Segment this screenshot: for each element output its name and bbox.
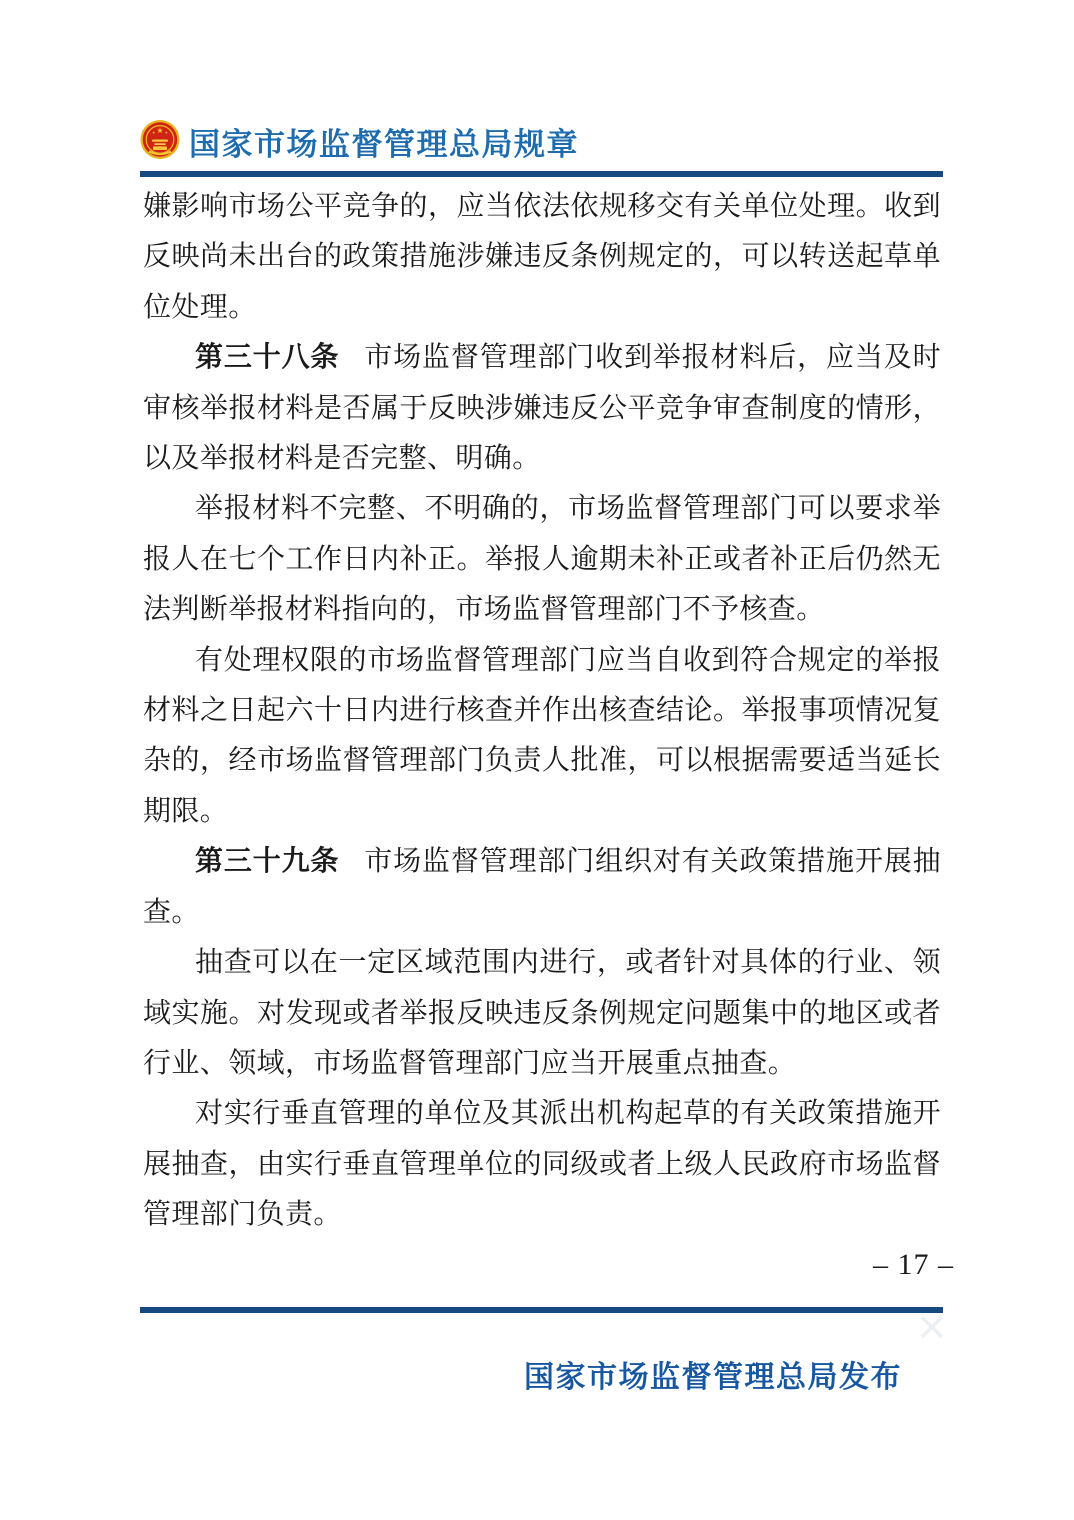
article-body: 嫌影响市场公平竞争的，应当依法依规移交有关单位处理。收到反映尚未出台的政策措施涉… xyxy=(143,182,941,1241)
body-paragraph: 嫌影响市场公平竞争的，应当依法依规移交有关单位处理。收到反映尚未出台的政策措施涉… xyxy=(143,182,941,333)
document-page: 国家市场监督管理总局规章 嫌影响市场公平竞争的，应当依法依规移交有关单位处理。收… xyxy=(0,0,1074,1520)
article-number: 第三十九条 xyxy=(195,846,339,877)
paragraph-text: 抽查可以在一定区域范围内进行，或者针对具体的行业、领域实施。对发现或者举报反映违… xyxy=(143,947,941,1079)
paragraph-text: 举报材料不完整、不明确的，市场监督管理部门可以要求举报人在七个工作日内补正。举报… xyxy=(143,493,941,625)
national-emblem-icon xyxy=(140,118,180,164)
page-title: 国家市场监督管理总局规章 xyxy=(189,119,579,164)
paragraph-text: 有处理权限的市场监督管理部门应当自收到符合规定的举报材料之日起六十日内进行核查并… xyxy=(143,645,941,827)
article-number: 第三十八条 xyxy=(195,342,339,373)
body-paragraph: 第三十九条市场监督管理部门组织对有关政策措施开展抽查。 xyxy=(143,837,941,938)
paragraph-text: 嫌影响市场公平竞争的，应当依法依规移交有关单位处理。收到反映尚未出台的政策措施涉… xyxy=(143,191,941,323)
footer-publisher: 国家市场监督管理总局发布 xyxy=(524,1352,902,1396)
paragraph-text: 对实行垂直管理的单位及其派出机构起草的有关政策措施开展抽查，由实行垂直管理单位的… xyxy=(143,1098,941,1230)
body-paragraph: 对实行垂直管理的单位及其派出机构起草的有关政策措施开展抽查，由实行垂直管理单位的… xyxy=(143,1089,941,1240)
watermark-x-mark: ✕ xyxy=(916,1306,948,1351)
body-paragraph: 有处理权限的市场监督管理部门应当自收到符合规定的举报材料之日起六十日内进行核查并… xyxy=(143,636,941,838)
page-header: 国家市场监督管理总局规章 xyxy=(140,118,943,164)
body-paragraph: 第三十八条市场监督管理部门收到举报材料后，应当及时审核举报材料是否属于反映涉嫌违… xyxy=(143,333,941,484)
footer-divider xyxy=(140,1307,943,1313)
header-divider xyxy=(140,171,943,177)
body-paragraph: 抽查可以在一定区域范围内进行，或者针对具体的行业、领域实施。对发现或者举报反映违… xyxy=(143,938,941,1089)
page-number: – 17 – xyxy=(873,1248,954,1282)
body-paragraph: 举报材料不完整、不明确的，市场监督管理部门可以要求举报人在七个工作日内补正。举报… xyxy=(143,484,941,635)
